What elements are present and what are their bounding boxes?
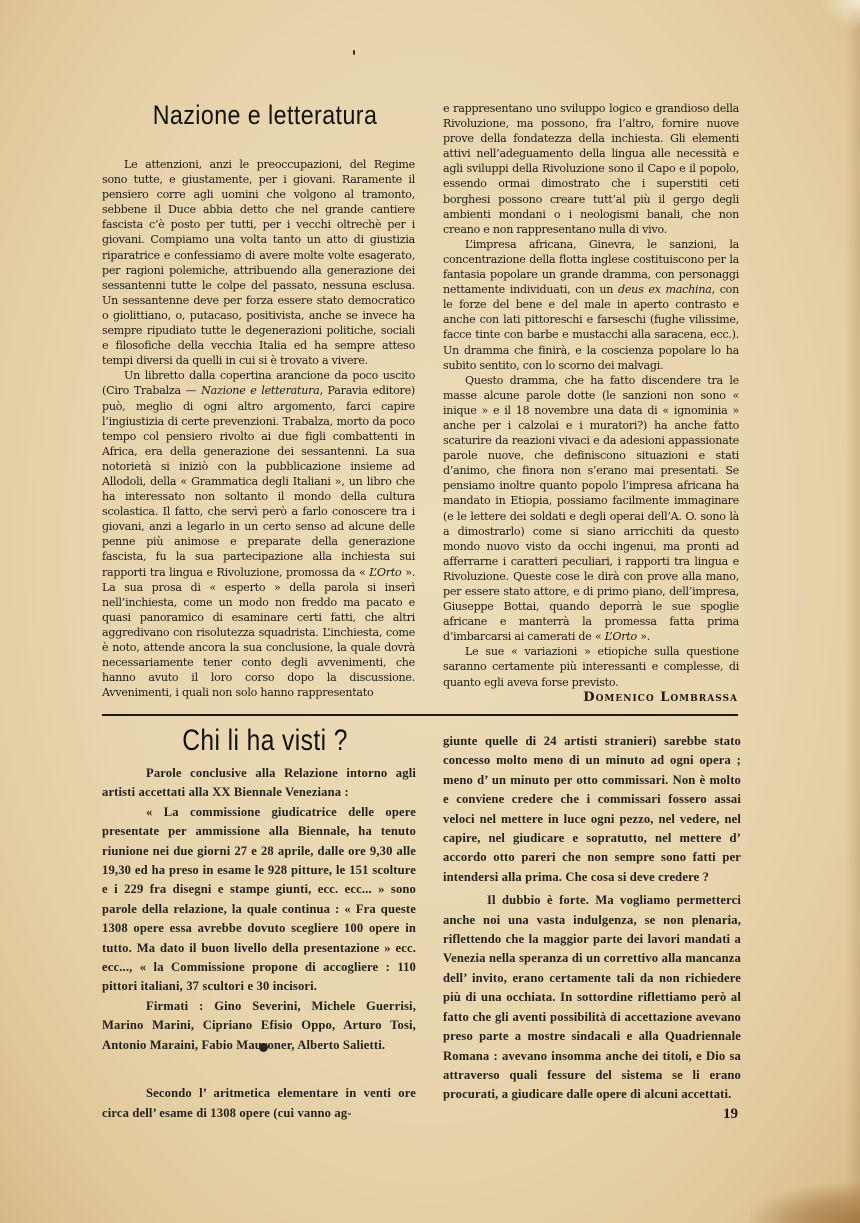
paper-speck <box>353 50 355 55</box>
paragraph: Il dubbio è forte. Ma vogliamo permetter… <box>443 891 741 1104</box>
paragraph: Parole conclusive alla Relazione intorno… <box>102 764 416 803</box>
author-signature: Domenico Lombrassa <box>583 690 738 705</box>
article-title: Nazione e letteratura <box>123 100 407 131</box>
article1-right-column: e rappresentano uno sviluppo logico e gr… <box>443 101 739 690</box>
article2-right-column: giunte quelle di 24 artisti stranieri) s… <box>443 732 741 1105</box>
paper-corner-highlight <box>820 0 860 30</box>
paragraph: Un libretto dalla copertina arancione da… <box>102 368 415 700</box>
section-divider <box>102 714 738 716</box>
page-number: 19 <box>723 1106 738 1123</box>
paragraph: e rappresentano uno sviluppo logico e gr… <box>443 101 739 237</box>
ornament-icon <box>259 1043 268 1052</box>
paper-corner-stain <box>750 1183 860 1223</box>
book-title: Nazione e letteratura <box>201 384 319 397</box>
paragraph: giunte quelle di 24 artisti stranieri) s… <box>443 732 741 887</box>
journal-title: L’Orto <box>369 566 401 579</box>
latin-phrase: deus ex machina <box>618 283 712 296</box>
paragraph: Le attenzioni, anzi le preoccupazioni, d… <box>102 157 415 368</box>
article2-left-column: Parole conclusive alla Relazione intorno… <box>102 764 416 1123</box>
paragraph: Questo dramma, che ha fatto discendere t… <box>443 373 739 645</box>
quote-paragraph: « La commissione giudicatrice delle oper… <box>102 803 416 997</box>
paper-edge-shadow <box>846 0 860 1223</box>
magazine-page: Nazione e letteratura Le attenzioni, anz… <box>0 0 860 1223</box>
article1-left-column: Le attenzioni, anzi le preoccupazioni, d… <box>102 157 415 700</box>
paragraph: Le sue « variazioni » etiopiche sulla qu… <box>443 644 739 689</box>
paragraph: Secondo l’ aritmetica elementare in vent… <box>102 1084 416 1123</box>
paragraph: L’impresa africana, Ginevra, le sanzioni… <box>443 237 739 373</box>
article-title: Chi li ha visti ? <box>130 724 401 758</box>
journal-title: L’Orto <box>605 630 637 643</box>
ornament-spacer <box>102 1055 416 1074</box>
